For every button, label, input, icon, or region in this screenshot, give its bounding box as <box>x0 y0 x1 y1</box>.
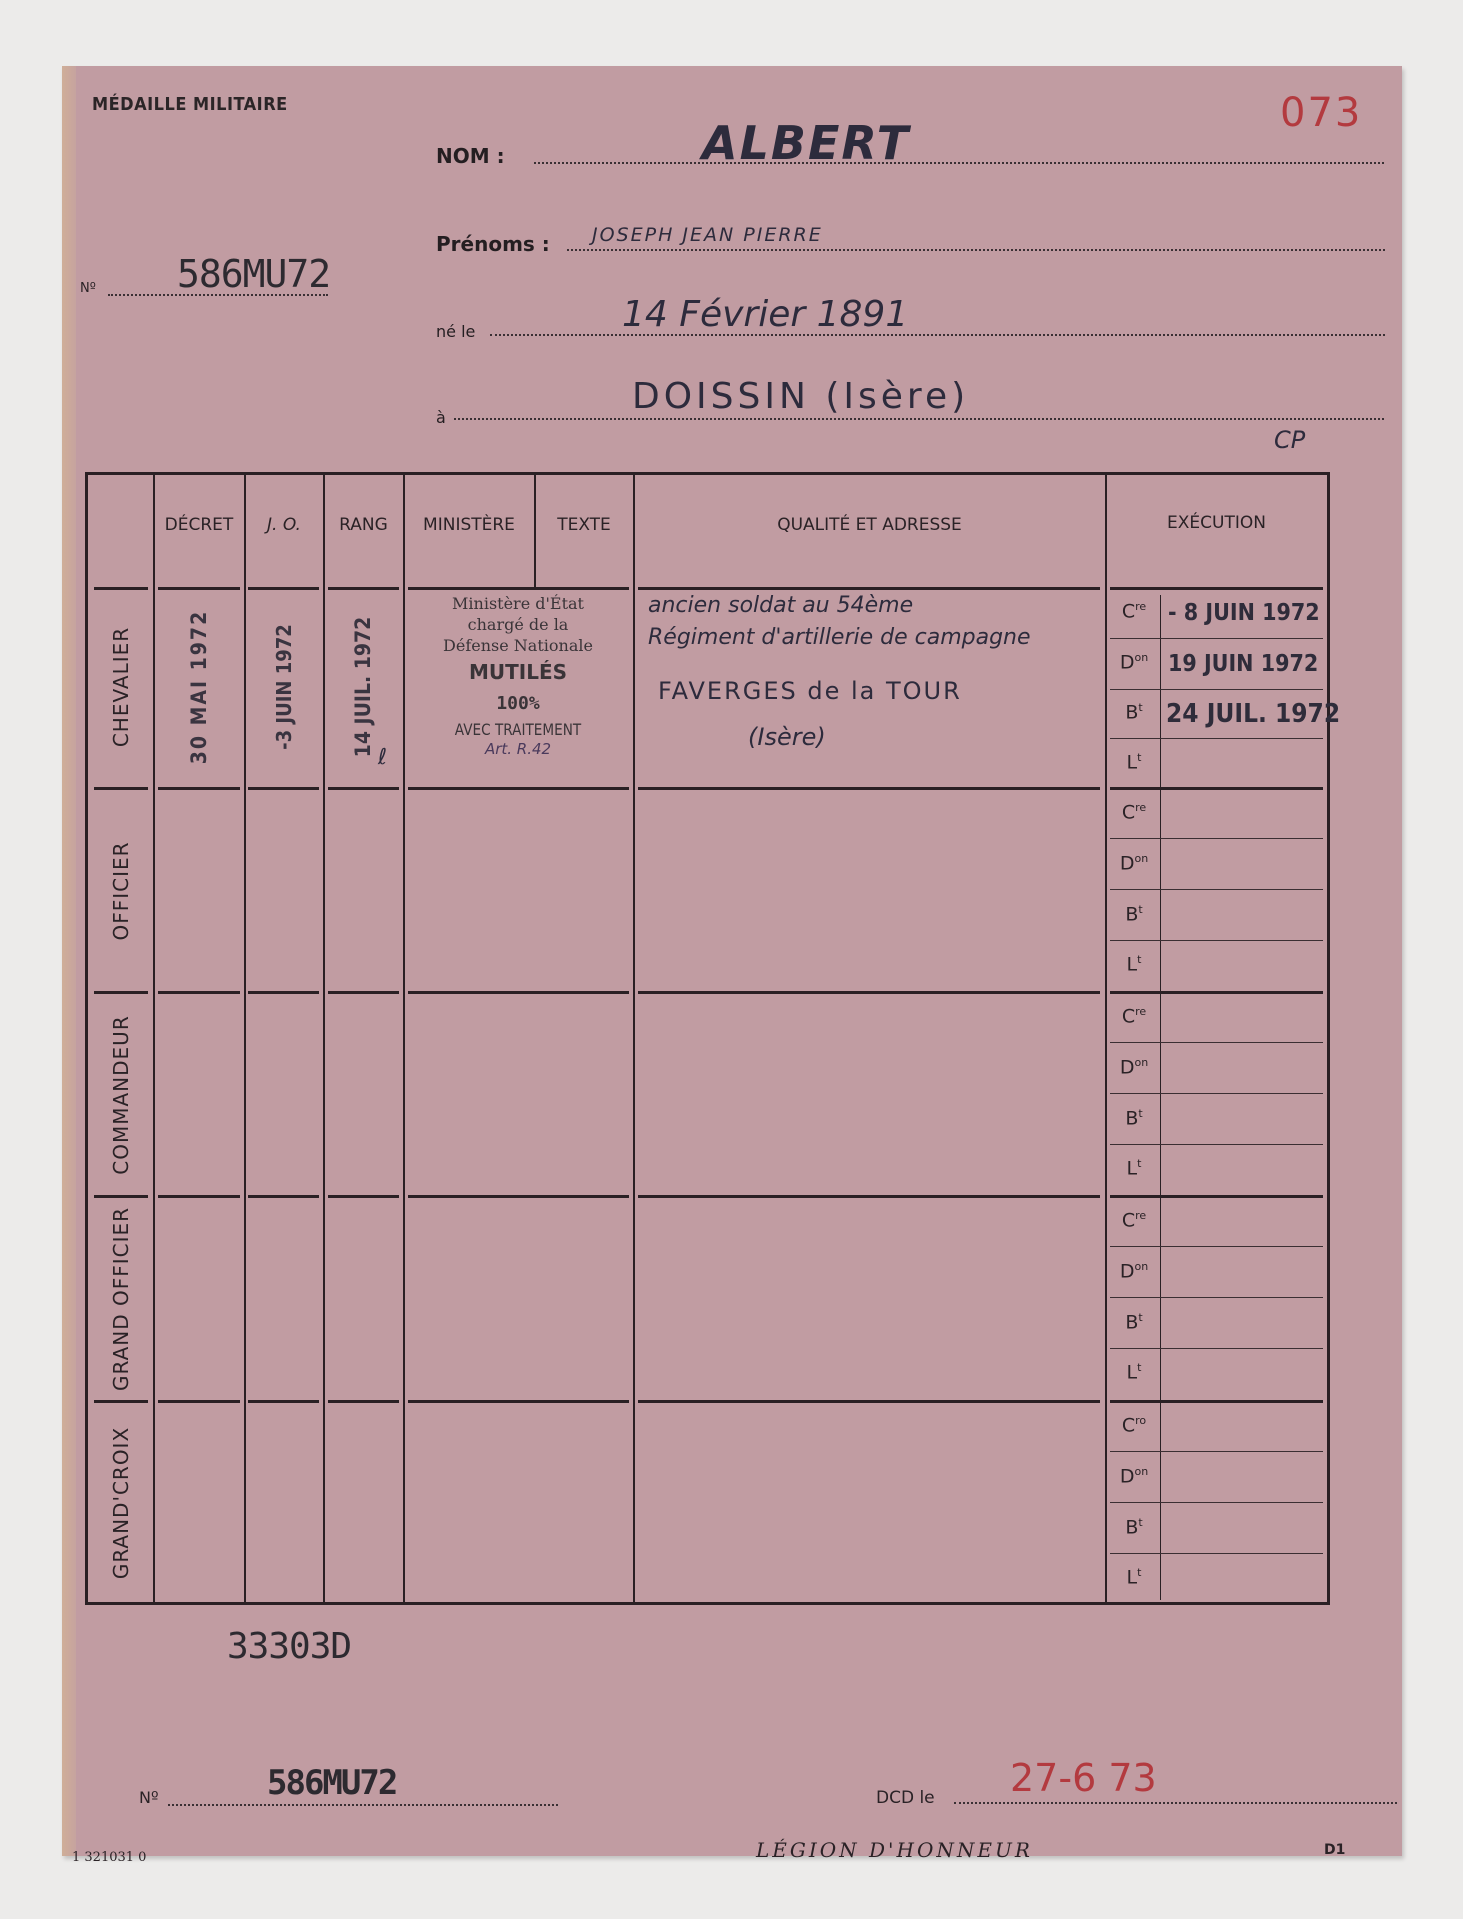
dcd-label: DCD le <box>876 1788 935 1808</box>
row-sep <box>328 1195 399 1198</box>
exec-subrow-line <box>1110 1553 1323 1554</box>
ministere-line1: Ministère d'État <box>405 593 631 614</box>
header-qualite: QUALITÉ ET ADRESSE <box>634 515 1105 535</box>
exec-chevalier-don-date: 19 JUIN 1972 <box>1168 651 1318 677</box>
row-sep <box>638 587 1100 590</box>
row-sep <box>158 787 240 790</box>
row-sep <box>1110 587 1323 590</box>
print-code: 1 321031 0 <box>72 1850 146 1865</box>
header-execution: EXÉCUTION <box>1106 513 1327 533</box>
exec-subrow-line <box>1110 838 1323 839</box>
row-sep <box>248 1400 319 1403</box>
exec-label-bt: Bt <box>1108 903 1160 925</box>
header-ministere: MINISTÈRE <box>404 515 534 535</box>
exec-subrow-line <box>1110 1502 1323 1503</box>
exec-label-cro: Cro <box>1108 1414 1160 1436</box>
ministere-line3: Défense Nationale <box>405 635 631 656</box>
row-sep <box>94 1195 148 1198</box>
qualite-line4: (Isère) <box>748 723 826 751</box>
exec-label-don: Don <box>1108 1056 1160 1078</box>
row-sep <box>158 1400 240 1403</box>
exec-label-bt: Bt <box>1108 1107 1160 1129</box>
exec-label-bt: Bt <box>1108 701 1160 723</box>
ministere-line5: 100% <box>405 688 631 720</box>
exec-subrow-line <box>1110 1093 1323 1094</box>
ministere-line6: AVEC TRAITEMENT <box>422 720 614 740</box>
row-sep <box>1110 1400 1323 1403</box>
dcd-dotted-line <box>954 1802 1397 1804</box>
row-sep <box>248 787 319 790</box>
row-sep <box>328 991 399 994</box>
exec-label-cre: Cre <box>1108 801 1160 823</box>
initials-mark: CP <box>1274 426 1305 454</box>
rank-officier: OFFICIER <box>109 791 133 991</box>
exec-label-lt: Lt <box>1108 1566 1160 1588</box>
col-divider-jo <box>323 475 325 1602</box>
exec-label-cre: Cre <box>1108 1005 1160 1027</box>
rang-annotation: ℓ <box>378 745 387 770</box>
row-sep <box>408 787 629 790</box>
row-sep <box>408 991 629 994</box>
exec-label-lt: Lt <box>1108 953 1160 975</box>
row-sep <box>328 787 399 790</box>
ne-le-label: né le <box>436 322 475 341</box>
row-sep <box>638 991 1100 994</box>
decoration-table: DÉCRET J. O. RANG MINISTÈRE TEXTE QUALIT… <box>85 472 1330 1605</box>
row-sep <box>94 991 148 994</box>
form-code: D1 <box>1324 1842 1345 1858</box>
exec-subrow-line <box>1110 1348 1323 1349</box>
exec-subrow-line <box>1110 940 1323 941</box>
file-mark-red: 073 <box>1280 90 1362 136</box>
dcd-date: 27-6 73 <box>1010 1756 1157 1800</box>
rank-grand-officier: GRAND OFFICIER <box>109 1199 133 1399</box>
exec-label-bt: Bt <box>1108 1516 1160 1538</box>
header-jo: J. O. <box>245 515 323 535</box>
a-label: à <box>436 408 446 427</box>
footer-number-stamp: 586MU72 <box>267 1763 396 1803</box>
row-sep <box>158 991 240 994</box>
col-divider-texte <box>633 475 635 1602</box>
header-texte: TEXTE <box>535 515 633 535</box>
number-label: Nº <box>80 281 96 296</box>
qualite-line3: FAVERGES de la TOUR <box>658 677 962 705</box>
row-sep <box>328 1400 399 1403</box>
a-value: DOISSIN (Isère) <box>632 376 969 417</box>
exec-label-lt: Lt <box>1108 1361 1160 1383</box>
exec-chevalier-bt-date: 24 JUIL. 1972 <box>1166 699 1340 729</box>
row-sep <box>408 587 629 590</box>
exec-label-don: Don <box>1108 1465 1160 1487</box>
rank-grand-croix: GRAND'CROIX <box>109 1403 133 1603</box>
col-divider-decret <box>244 475 246 1602</box>
row-sep <box>1110 991 1323 994</box>
qualite-line2: Régiment d'artillerie de campagne <box>648 625 1031 650</box>
exec-label-lt: Lt <box>1108 751 1160 773</box>
paper-edge <box>62 66 76 1856</box>
rank-commandeur: COMMANDEUR <box>109 995 133 1195</box>
dossier-stamp: 33303D <box>227 1626 351 1667</box>
row-sep <box>1110 787 1323 790</box>
footer-number-label: Nº <box>139 1788 159 1807</box>
header-rang: RANG <box>324 515 403 535</box>
a-dotted-line <box>454 418 1384 420</box>
row-sep <box>248 587 319 590</box>
exec-subrow-line <box>1110 638 1323 639</box>
number-stamp: 586MU72 <box>177 252 330 296</box>
exec-label-bt: Bt <box>1108 1311 1160 1333</box>
header-decret: DÉCRET <box>154 515 244 535</box>
row-sep <box>1110 1195 1323 1198</box>
chevalier-decret-date: 30 MAI 1972 <box>187 597 211 777</box>
ministere-line7: Art. R.42 <box>405 740 631 758</box>
row-sep <box>94 787 148 790</box>
ne-le-value: 14 Février 1891 <box>622 294 908 335</box>
exec-subrow-line <box>1110 1297 1323 1298</box>
row-sep <box>248 1195 319 1198</box>
exec-subrow-line <box>1110 1451 1323 1452</box>
exec-subrow-line <box>1110 1144 1323 1145</box>
qualite-line1: ancien soldat au 54ème <box>648 593 913 618</box>
chevalier-rang-date: 14 JUIL. 1972 <box>351 597 375 777</box>
exec-subrow-line <box>1110 1042 1323 1043</box>
nom-value: ALBERT <box>702 116 910 170</box>
row-sep <box>638 1195 1100 1198</box>
ministere-line2: chargé de la <box>405 614 631 635</box>
legion-honneur-title: LÉGION D'HONNEUR <box>756 1838 1033 1862</box>
row-sep <box>408 1195 629 1198</box>
nom-dotted-line <box>534 162 1384 164</box>
col-divider-rank <box>153 475 155 1602</box>
row-sep <box>158 587 240 590</box>
exec-subrow-line <box>1110 738 1323 739</box>
ministere-line4: MUTILÉS <box>405 656 631 688</box>
exec-label-cre: Cre <box>1108 1209 1160 1231</box>
footer-number-dotted-line <box>168 1804 558 1806</box>
exec-label-don: Don <box>1108 651 1160 673</box>
ministere-stamp: Ministère d'État chargé de la Défense Na… <box>405 593 631 758</box>
exec-subrow-line <box>1110 689 1323 690</box>
exec-label-don: Don <box>1108 852 1160 874</box>
medaille-militaire-stamp: MÉDAILLE MILITAIRE <box>92 94 288 115</box>
exec-label-cre: Cre <box>1108 600 1160 622</box>
exec-subrow-line <box>1110 1246 1323 1247</box>
chevalier-jo-date: -3 JUIN 1972 <box>272 597 296 777</box>
prenoms-label: Prénoms : <box>436 232 550 256</box>
nom-label: NOM : <box>436 144 505 168</box>
prenoms-value: JOSEPH JEAN PIERRE <box>592 224 823 246</box>
row-sep <box>248 991 319 994</box>
exec-chevalier-cre-date: - 8 JUIN 1972 <box>1168 600 1320 626</box>
record-card: MÉDAILLE MILITAIRE 073 Nº 586MU72 NOM : … <box>62 66 1402 1856</box>
row-sep <box>638 787 1100 790</box>
prenoms-dotted-line <box>567 249 1385 251</box>
row-sep <box>408 1400 629 1403</box>
row-sep <box>638 1400 1100 1403</box>
exec-label-lt: Lt <box>1108 1157 1160 1179</box>
col-divider-qualite <box>1105 475 1107 1602</box>
rank-chevalier: CHEVALIER <box>109 587 133 787</box>
row-sep <box>328 587 399 590</box>
exec-label-don: Don <box>1108 1260 1160 1282</box>
exec-label-divider <box>1160 595 1161 1600</box>
exec-subrow-line <box>1110 889 1323 890</box>
row-sep <box>158 1195 240 1198</box>
